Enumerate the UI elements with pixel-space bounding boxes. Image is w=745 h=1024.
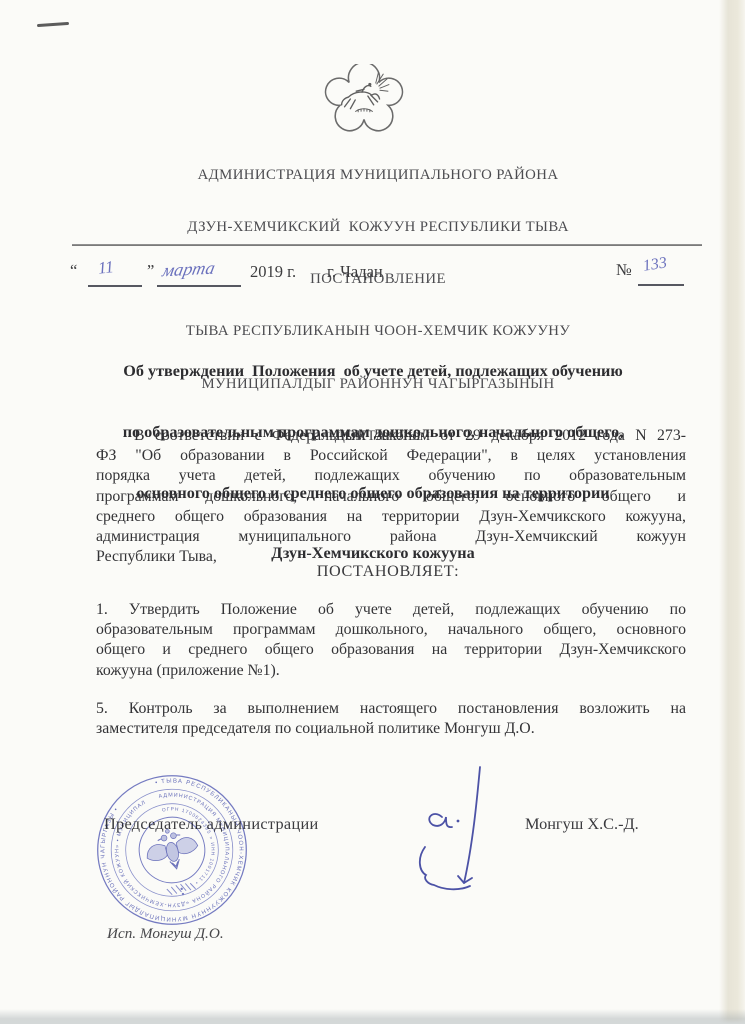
date-close-quote: ”	[147, 261, 154, 281]
emblem-flower-outline	[326, 64, 403, 131]
stamp-eagle-icon	[142, 823, 202, 875]
item5-line: заместителя председателя по социальной п…	[96, 719, 686, 739]
date-open-quote: “	[70, 261, 77, 281]
item5-line: 5. Контроль за выполнением настоящего по…	[96, 699, 686, 719]
preamble-line: программам дошкольного, начального общег…	[96, 487, 686, 507]
emblem-horseman-icon	[342, 83, 380, 109]
item1-line: 1. Утвердить Положение об учете детей, п…	[96, 600, 686, 620]
handwritten-number: 133	[642, 254, 669, 276]
item1-line: кожууна (приложение №1).	[96, 661, 686, 681]
signatory-name: Монгуш Х.С.-Д.	[525, 814, 639, 834]
handwritten-month: марта	[161, 258, 217, 282]
emblem-bow-icon	[355, 108, 373, 112]
letterhead-line-2: ДЗУН-ХЕМЧИКСКИЙ КОЖУУН РЕСПУБЛИКИ ТЫВА	[33, 219, 723, 236]
number-underline	[638, 284, 684, 286]
emblem-sun-rays-icon	[376, 72, 390, 91]
preamble-paragraph: В соответствии с Федеральным законом от …	[96, 426, 686, 567]
scan-edge-band	[719, 0, 745, 1024]
day-underline	[88, 285, 142, 287]
handwritten-day: 11	[97, 257, 115, 279]
preamble-line: порядка учета детей, подлежащих обучению…	[96, 466, 686, 486]
date-year: 2019 г.	[250, 262, 296, 282]
title-line-1: Об утверждении Положения об учете детей,…	[53, 361, 693, 381]
number-sign: №	[616, 260, 632, 280]
resolution-heading: ПОСТАНОВЛЯЕТ:	[58, 562, 718, 581]
stamp-dot	[180, 887, 183, 890]
handwritten-signature	[413, 757, 491, 902]
letterhead-line-1: АДМИНИСТРАЦИЯ МУНИЦИПАЛЬНОГО РАЙОНА	[33, 167, 723, 184]
city-label: г. Чадан	[327, 262, 383, 282]
preamble-line: В соответствии с Федеральным законом от …	[96, 426, 686, 446]
month-underline	[157, 285, 241, 287]
item1-line: общего и среднего общего образования на …	[96, 640, 686, 660]
pen-mark	[37, 22, 69, 27]
scan-bottom-shadow	[0, 1009, 745, 1024]
preamble-line: администрация муниципального района Дзун…	[96, 527, 686, 547]
item-5-paragraph: 5. Контроль за выполнением настоящего по…	[96, 699, 686, 739]
separator-line	[72, 244, 702, 246]
preamble-line: среднего общего образования на территори…	[96, 507, 686, 527]
official-round-stamp: • ТЫВА РЕСПУБЛИКАНЫН ЧООН-ХЕМЧИК КОЖУУНН…	[88, 768, 256, 932]
item1-line: образовательным программам дошкольного, …	[96, 620, 686, 640]
item-1-paragraph: 1. Утвердить Положение об учете детей, п…	[96, 600, 686, 681]
tyva-coat-of-arms-emblem	[320, 64, 408, 134]
preamble-line: ФЗ "Об образовании в Российской Федераци…	[96, 446, 686, 466]
scanned-decree-page: АДМИНИСТРАЦИЯ МУНИЦИПАЛЬНОГО РАЙОНА ДЗУН…	[0, 0, 745, 1024]
executor-note: Исп. Монгуш Д.О.	[107, 925, 224, 943]
